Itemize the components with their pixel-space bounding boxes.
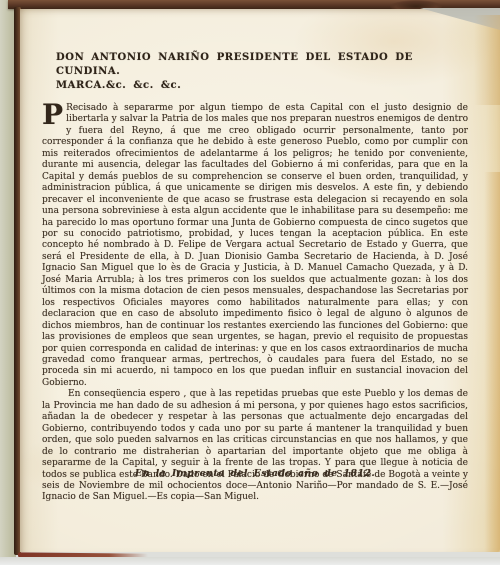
- body-paragraph-1: PRecisado à separarme por algun tiempo d…: [42, 103, 468, 389]
- photo-bottom-strip: [0, 557, 500, 565]
- drop-cap-letter: P: [42, 103, 66, 126]
- photo-frame: DON ANTONIO NARIÑO PRESIDENTE DEL ESTADO…: [0, 0, 500, 565]
- page-corner-stain: [474, 15, 500, 105]
- document-page: DON ANTONIO NARIÑO PRESIDENTE DEL ESTADO…: [20, 9, 500, 552]
- page-right-edge-stain: [484, 172, 500, 552]
- imprint-line: En la Imprenta del Estado año de 1812.: [42, 468, 468, 479]
- document-title: DON ANTONIO NARIÑO PRESIDENTE DEL ESTADO…: [56, 51, 470, 93]
- title-line-2: MARCA.&c. &c. &c.: [56, 79, 470, 93]
- paragraph-1-text: Recisado à separarme por algun tiempo de…: [42, 103, 468, 388]
- body-paragraph-2: En conseqüencia espero , que à las repet…: [42, 389, 468, 504]
- document-body: PRecisado à separarme por algun tiempo d…: [42, 103, 468, 504]
- title-line-1: DON ANTONIO NARIÑO PRESIDENTE DEL ESTADO…: [56, 51, 470, 79]
